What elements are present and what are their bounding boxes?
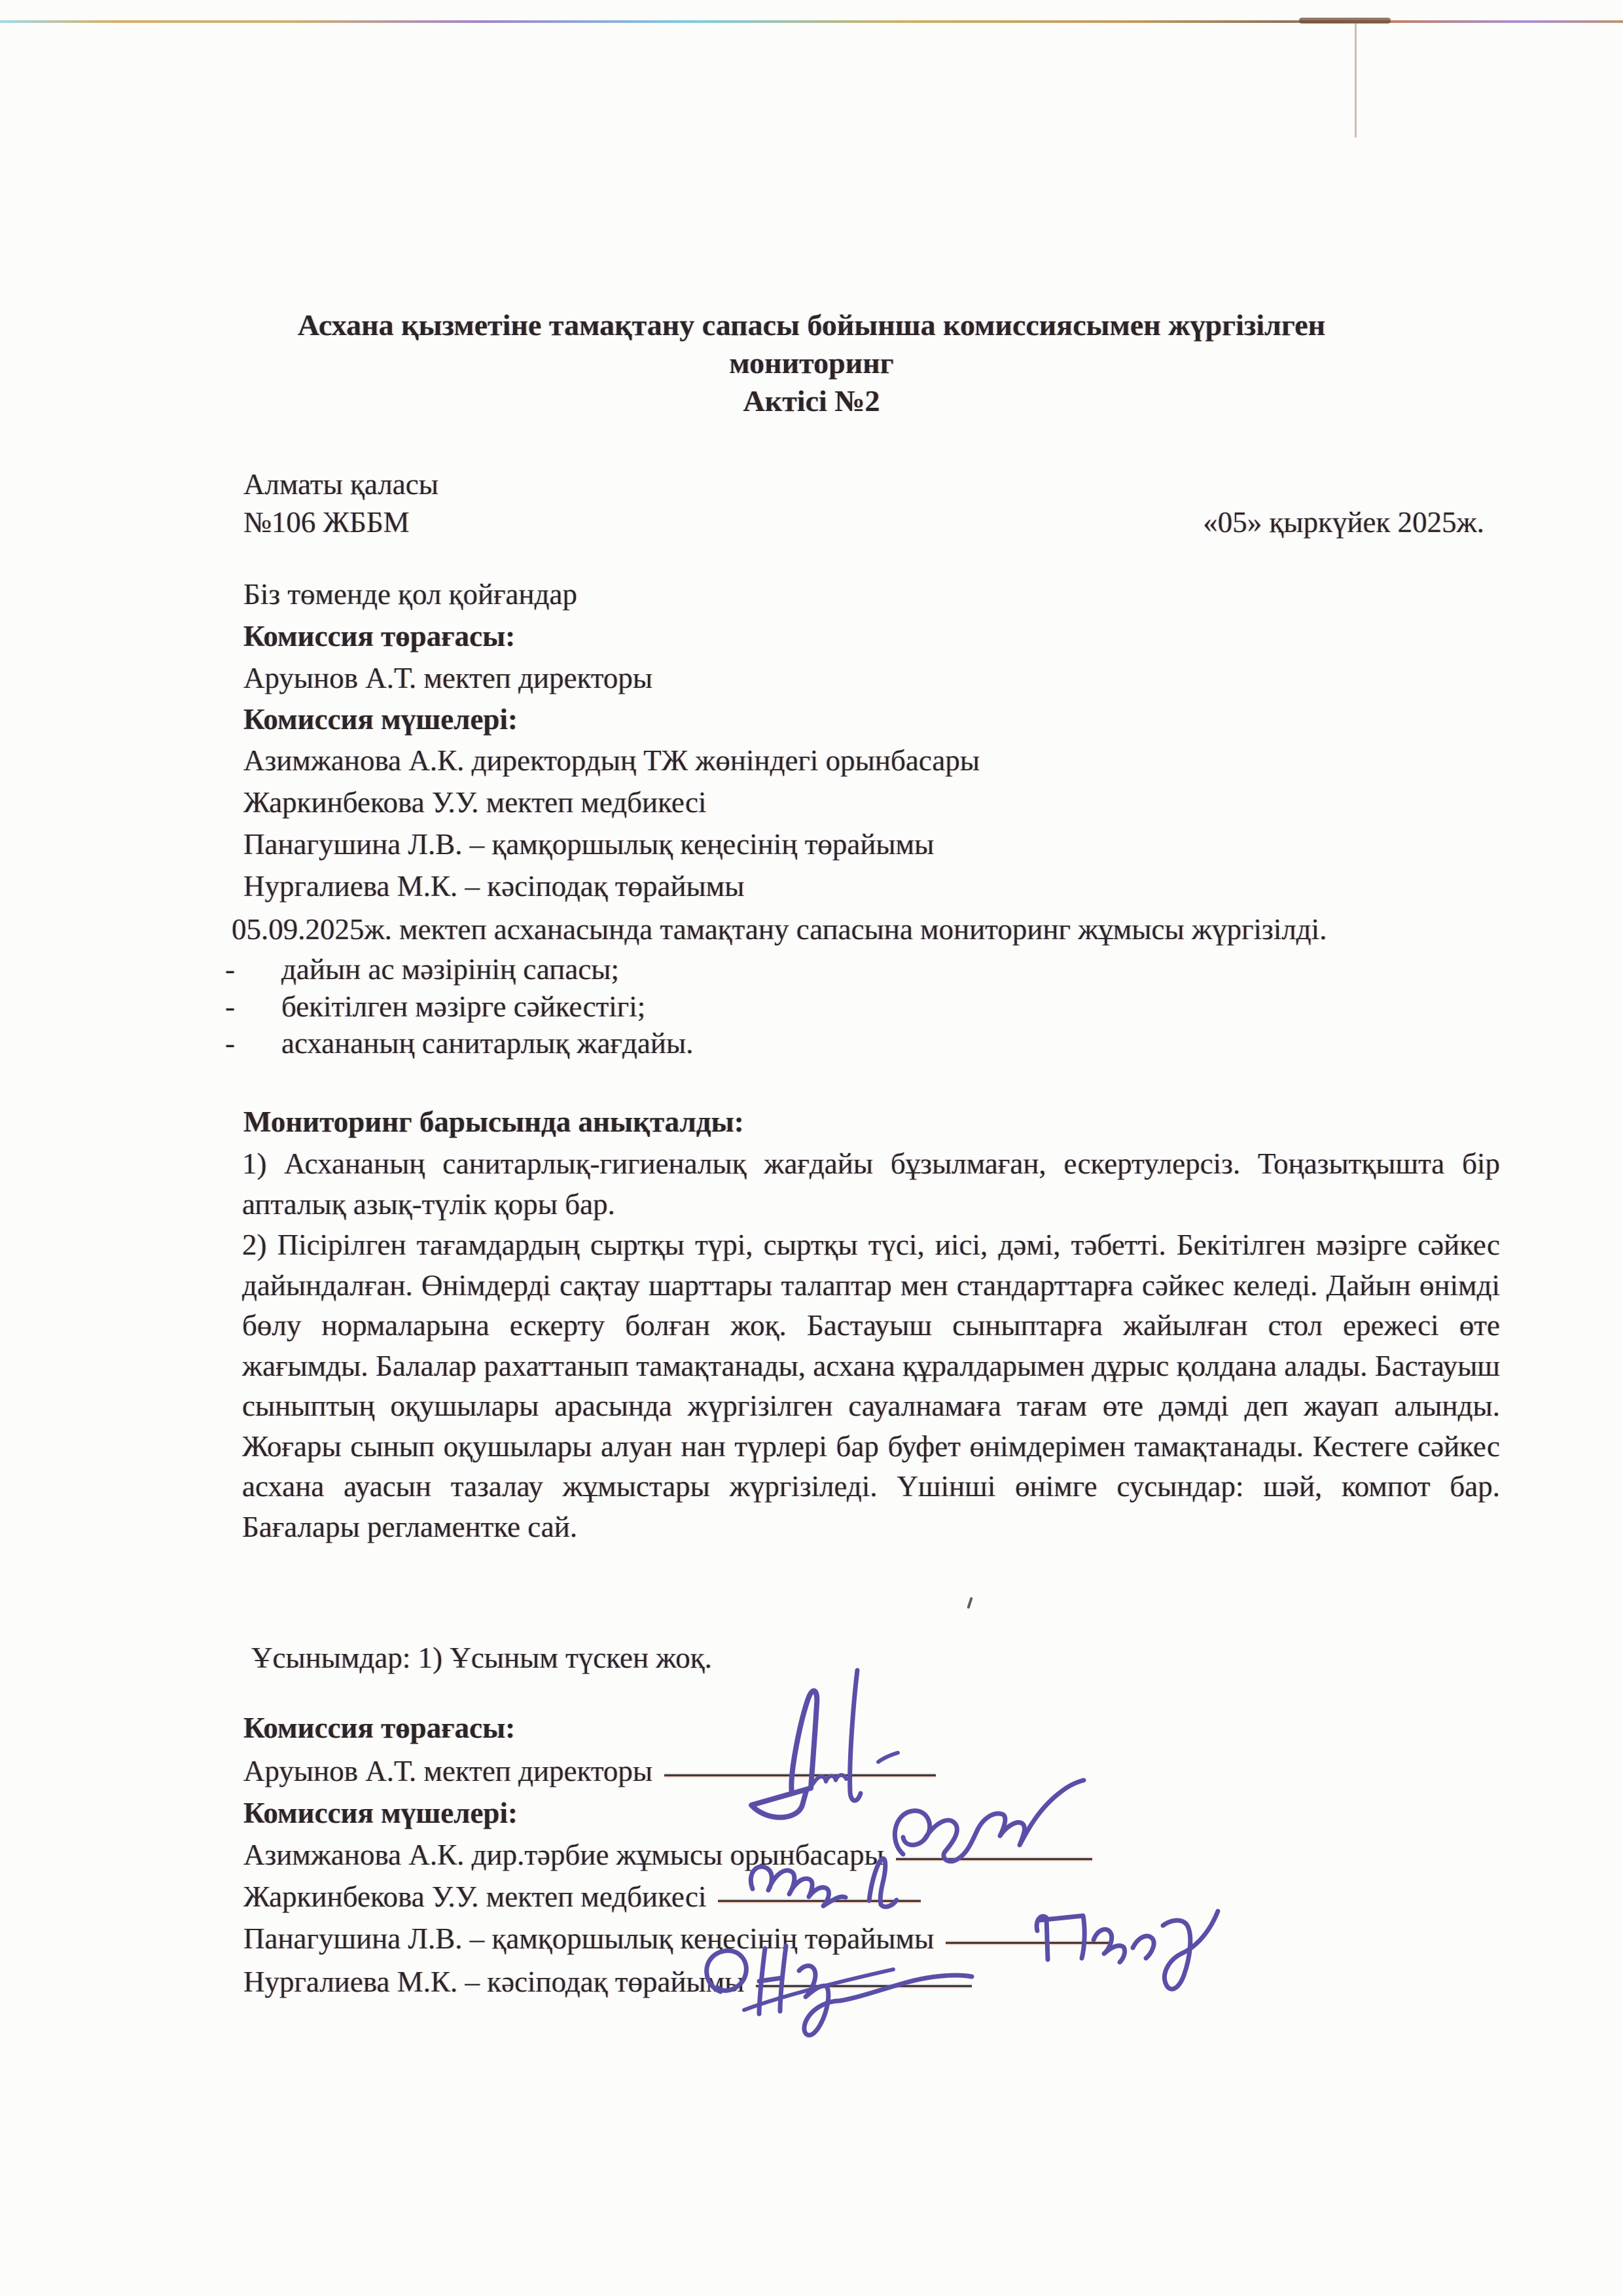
sig-row-member: Панагушина Л.В. – қамқоршылық кеңесінің … (243, 1920, 1109, 1957)
signature-blank-line (946, 1942, 1109, 1944)
recommendations-label: Ұсынымдар: (251, 1641, 410, 1674)
scan-smudge (1299, 18, 1391, 24)
bullet-dash: - (225, 952, 281, 986)
scanned-document-page: Асхана қызметіне тамақтану сапасы бойынш… (0, 0, 1623, 2296)
bullet-dash: - (225, 1026, 281, 1060)
bullet-item: -дайын ас мәзірінің сапасы; (225, 952, 619, 986)
bullet-item: -асхананың санитарлық жағдайы. (225, 1026, 693, 1060)
signature-blank-line (718, 1900, 921, 1902)
recommendations-text: 1) Ұсыным түскен жоқ. (418, 1641, 712, 1674)
signature-blank-line (896, 1858, 1092, 1860)
findings-paragraph-2: 2) Пісірілген тағамдардың сыртқы түрі, с… (242, 1225, 1500, 1547)
sig-row-text: Азимжанова А.К. дир.тәрбие жұмысы орынба… (243, 1839, 884, 1871)
sig-row-text: Нургалиева М.К. – кәсіподақ төрайымы (243, 1965, 744, 1998)
member-item: Азимжанова А.К. директордың ТЖ жөніндегі… (243, 742, 980, 779)
header-school: №106 ЖББМ (243, 504, 410, 541)
title-line-3: Актісі №2 (0, 382, 1623, 420)
monitoring-statement: 05.09.2025ж. мектеп асханасында тамақтан… (232, 911, 1327, 948)
sig-chairman-label: Комиссия төрағасы: (243, 1710, 515, 1746)
bullet-dash: - (225, 990, 281, 1024)
sig-row-text: Панагушина Л.В. – қамқоршылық кеңесінің … (243, 1922, 934, 1955)
bullet-text: дайын ас мәзірінің сапасы; (281, 953, 619, 986)
member-item: Нургалиева М.К. – кәсіподақ төрайымы (243, 868, 744, 905)
sig-row-member: Нургалиева М.К. – кәсіподақ төрайымы (243, 1964, 972, 2000)
bullet-text: асхананың санитарлық жағдайы. (281, 1027, 693, 1060)
scan-vertical-line (1355, 23, 1357, 137)
bullet-text: бекітілген мәзірге сәйкестігі; (281, 990, 645, 1023)
sig-row-chairman: Аруынов А.Т. мектеп директоры (243, 1753, 936, 1789)
sig-row-member: Азимжанова А.К. дир.тәрбие жұмысы орынба… (243, 1837, 1092, 1873)
chairman-label: Комиссия төрағасы: (243, 618, 515, 655)
findings-paragraph-1: 1) Асхананың санитарлық-гигиеналық жағда… (242, 1144, 1500, 1225)
title-line-2: мониторинг (0, 344, 1623, 382)
members-label: Комиссия мүшелері: (243, 701, 518, 738)
sig-row-member: Жаркинбекова У.У. мектеп медбикесі (243, 1878, 921, 1915)
member-item: Панагушина Л.В. – қамқоршылық кеңесінің … (243, 826, 934, 863)
bullet-item: -бекітілген мәзірге сәйкестігі; (225, 990, 645, 1024)
findings-heading: Мониторинг барысында анықталды: (243, 1103, 744, 1140)
title-line-1: Асхана қызметіне тамақтану сапасы бойынш… (0, 306, 1623, 344)
member-item: Жаркинбекова У.У. мектеп медбикесі (243, 784, 706, 821)
opening-line: Біз төменде қол қойғандар (243, 576, 577, 613)
signature-blank-line (664, 1774, 936, 1776)
document-title: Асхана қызметіне тамақтану сапасы бойынш… (0, 306, 1623, 420)
recommendations-line: Ұсынымдар: 1) Ұсыным түскен жоқ. (251, 1640, 712, 1676)
sig-row-text: Жаркинбекова У.У. мектеп медбикесі (243, 1880, 706, 1913)
header-city: Алматы қаласы (243, 466, 438, 503)
sig-row-text: Аруынов А.Т. мектеп директоры (243, 1755, 652, 1787)
header-date: «05» қыркүйек 2025ж. (1203, 504, 1484, 541)
chairman-name: Аруынов А.Т. мектеп директоры (243, 660, 652, 696)
signature-blank-line (756, 1985, 972, 1987)
sig-members-label: Комиссия мүшелері: (243, 1795, 518, 1831)
signature-aruynov (726, 1662, 942, 1833)
stray-ink-mark (967, 1597, 972, 1609)
